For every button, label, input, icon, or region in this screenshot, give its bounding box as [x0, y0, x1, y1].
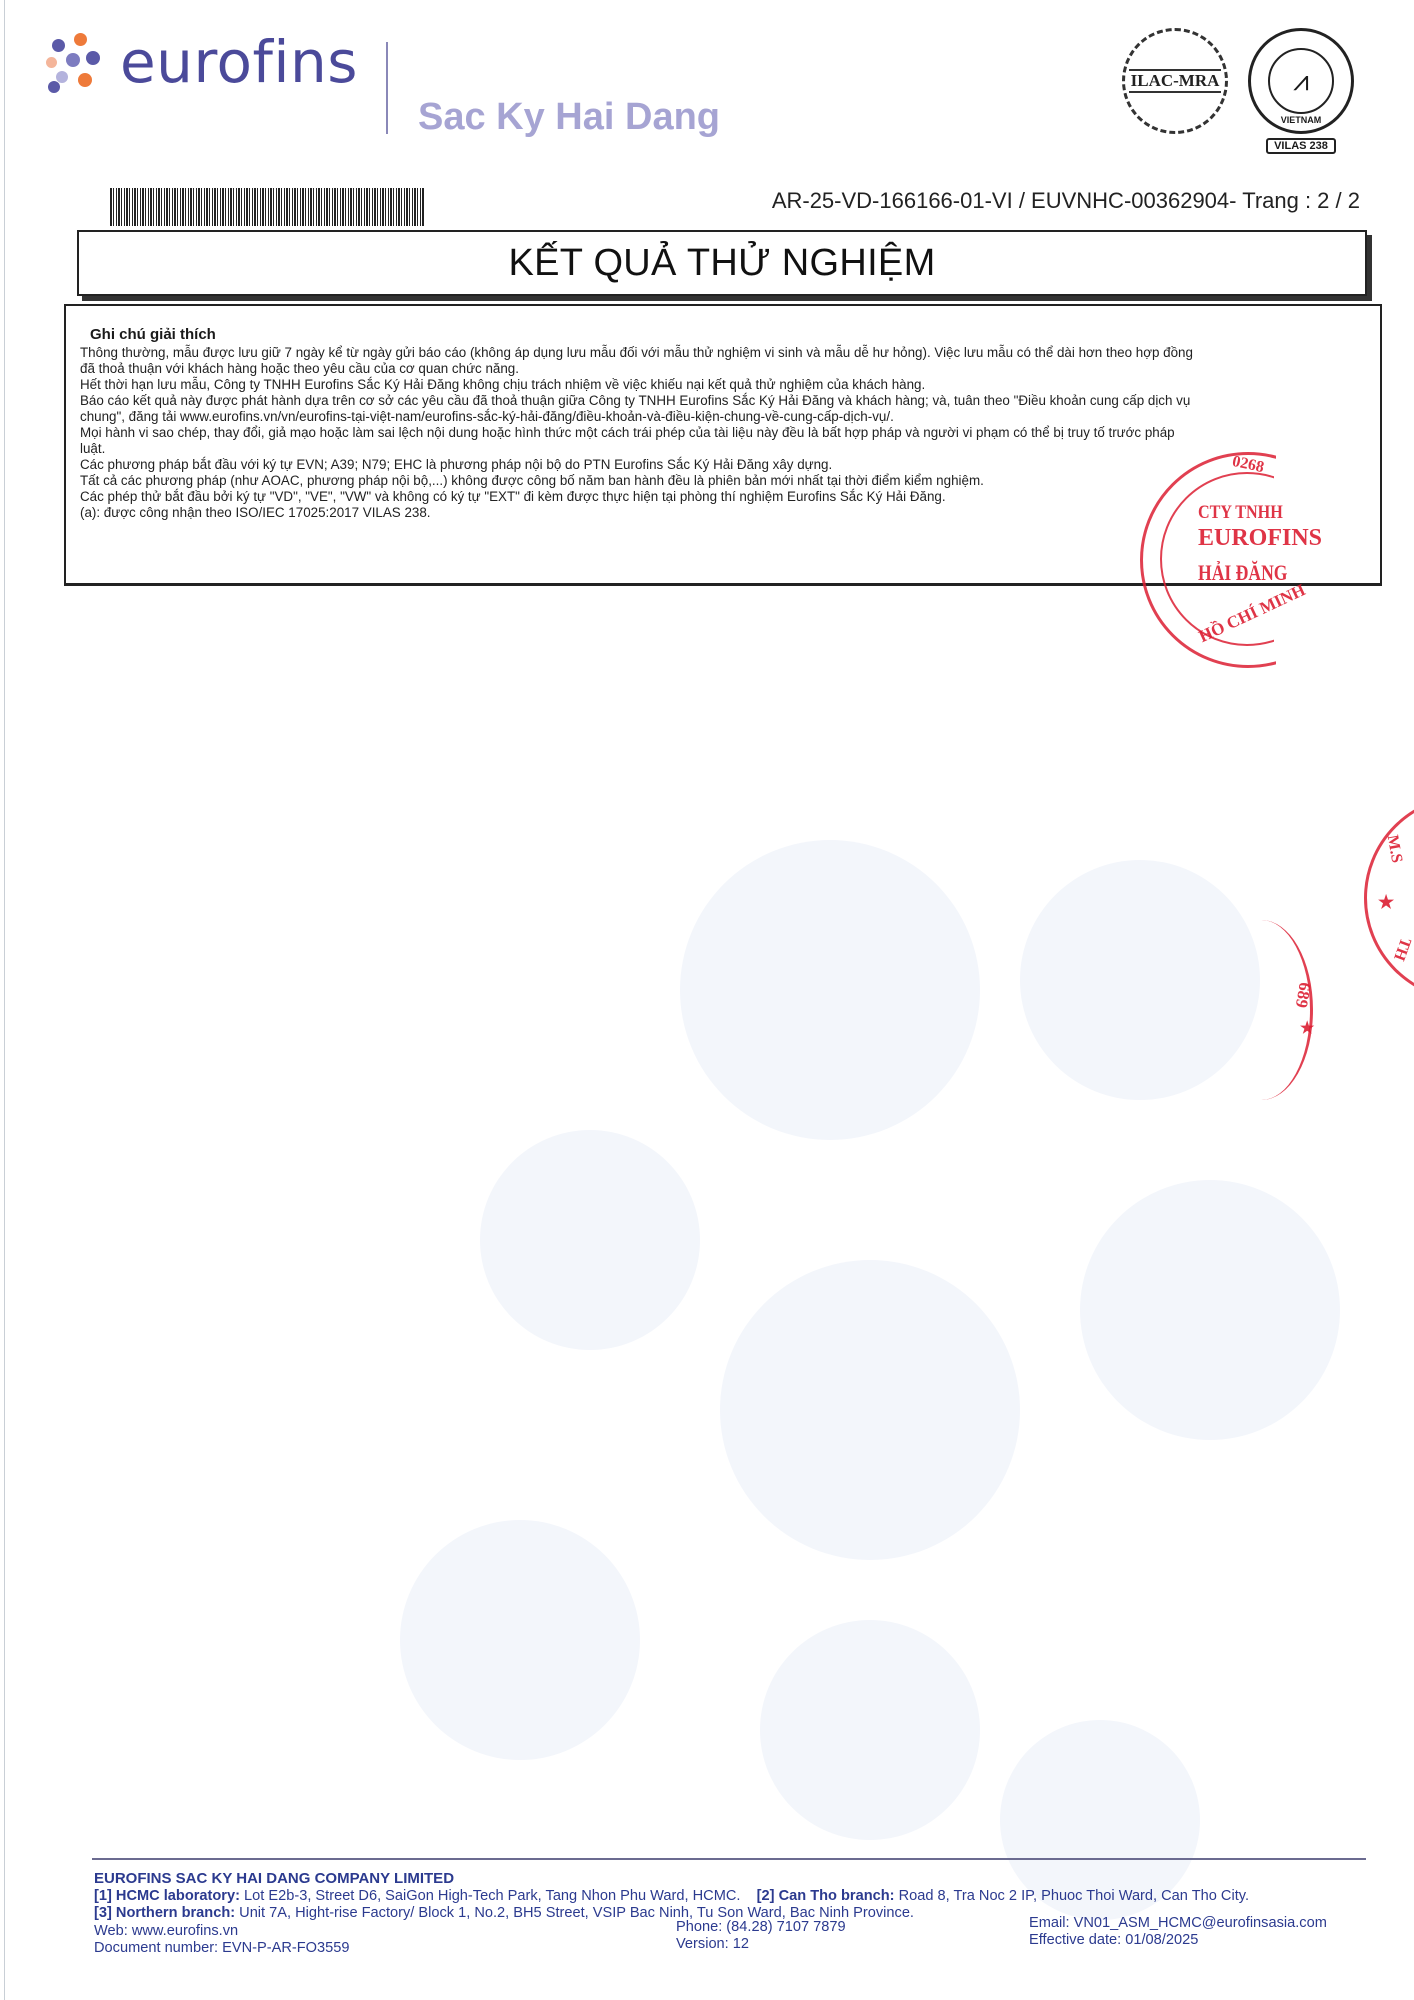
watermark-circle	[680, 840, 980, 1140]
company-stamp-line: CTY TNHH	[1198, 502, 1283, 524]
branch-id: [2]	[757, 1888, 775, 1904]
branch-id: [3]	[94, 1905, 112, 1921]
note-line: Mọi hành vi sao chép, thay đổi, giả mạo …	[80, 425, 1380, 441]
footer-branches-line-1: [1] HCMC laboratory: Lot E2b-3, Street D…	[94, 1888, 1394, 1906]
eurofins-logo-icon	[46, 31, 108, 93]
boa-country: VIETNAM	[1281, 115, 1322, 125]
branch-label: Can Tho branch:	[779, 1888, 895, 1904]
footer-divider	[92, 1858, 1366, 1860]
brand-name: eurofins	[120, 28, 358, 96]
footer-doc-row: Document number: EVN-P-AR-FO3559 Version…	[94, 1940, 1394, 1958]
scan-edge-line	[4, 0, 5, 2000]
footer-email[interactable]: Email: VN01_ASM_HCMC@eurofinsasia.com	[1029, 1915, 1327, 1933]
watermark-circle	[760, 1620, 980, 1840]
note-line: Hết thời hạn lưu mẫu, Công ty TNHH Eurof…	[80, 377, 1380, 393]
branch-address: Lot E2b-3, Street D6, SaiGon High-Tech P…	[244, 1888, 740, 1904]
footer-web[interactable]: Web: www.eurofins.vn	[94, 1923, 238, 1939]
boa-seal-group: ⩘ BUREAU OF ACCREDITATION VIETNAM VILAS …	[1248, 28, 1354, 154]
watermark-circle	[480, 1130, 700, 1350]
company-stamp-line: EUROFINS	[1198, 525, 1322, 552]
footer-effective-date: Effective date: 01/08/2025	[1029, 1932, 1198, 1950]
boa-vietnam-seal: ⩘ BUREAU OF ACCREDITATION VIETNAM	[1248, 28, 1354, 134]
note-line: luật.	[80, 441, 1380, 457]
footer: EUROFINS SAC KY HAI DANG COMPANY LIMITED…	[94, 1870, 1394, 1958]
note-line: đã thoả thuận với khách hàng hoặc theo y…	[80, 361, 1380, 377]
barcode	[110, 188, 425, 226]
company-stamp-line: HẢI ĐĂNG	[1198, 560, 1287, 586]
branch-address: Road 8, Tra Noc 2 IP, Phuoc Thoi Ward, C…	[899, 1888, 1249, 1904]
eurofins-logo: eurofins	[46, 28, 358, 96]
star-icon: ★	[1300, 1018, 1314, 1038]
footer-company-name: EUROFINS SAC KY HAI DANG COMPANY LIMITED	[94, 1870, 1394, 1888]
footer-version: Version: 12	[676, 1936, 749, 1954]
boa-triangle-icon: ⩘	[1268, 48, 1334, 114]
note-line: chung", đăng tải www.eurofins.vn/vn/euro…	[80, 409, 1380, 425]
watermark-circle	[720, 1260, 1020, 1560]
note-line: Thông thường, mẫu được lưu giữ 7 ngày kể…	[80, 345, 1380, 361]
ilac-mra-label: ILAC-MRA	[1129, 69, 1222, 93]
branch-label: HCMC laboratory:	[116, 1888, 240, 1904]
note-line: Báo cáo kết quả này được phát hành dựa t…	[80, 393, 1380, 409]
footer-document-number: Document number: EVN-P-AR-FO3559	[94, 1940, 349, 1956]
notes-heading: Ghi chú giải thích	[90, 326, 1380, 343]
footer-phone: Phone: (84.28) 7107 7879	[676, 1919, 846, 1937]
watermark-circle	[400, 1520, 640, 1760]
ilac-mra-seal: ILAC-MRA	[1122, 28, 1228, 134]
sub-brand-name: Sac Ky Hai Dang	[418, 96, 720, 139]
star-icon: ★	[1378, 892, 1394, 913]
watermark-circle	[1080, 1180, 1340, 1440]
edge-stamp-lower	[1210, 920, 1313, 1100]
title-box: KẾT QUẢ THỬ NGHIỆM	[77, 230, 1367, 296]
branch-label: Northern branch:	[116, 1905, 235, 1921]
header-divider	[386, 42, 388, 134]
report-reference: AR-25-VD-166166-01-VI / EUVNHC-00362904-…	[772, 188, 1360, 214]
vilas-badge: VILAS 238	[1266, 138, 1336, 154]
accreditation-logos: ILAC-MRA ⩘ BUREAU OF ACCREDITATION VIETN…	[1122, 28, 1354, 154]
page-title: KẾT QUẢ THỬ NGHIỆM	[508, 242, 935, 285]
branch-id: [1]	[94, 1888, 112, 1904]
